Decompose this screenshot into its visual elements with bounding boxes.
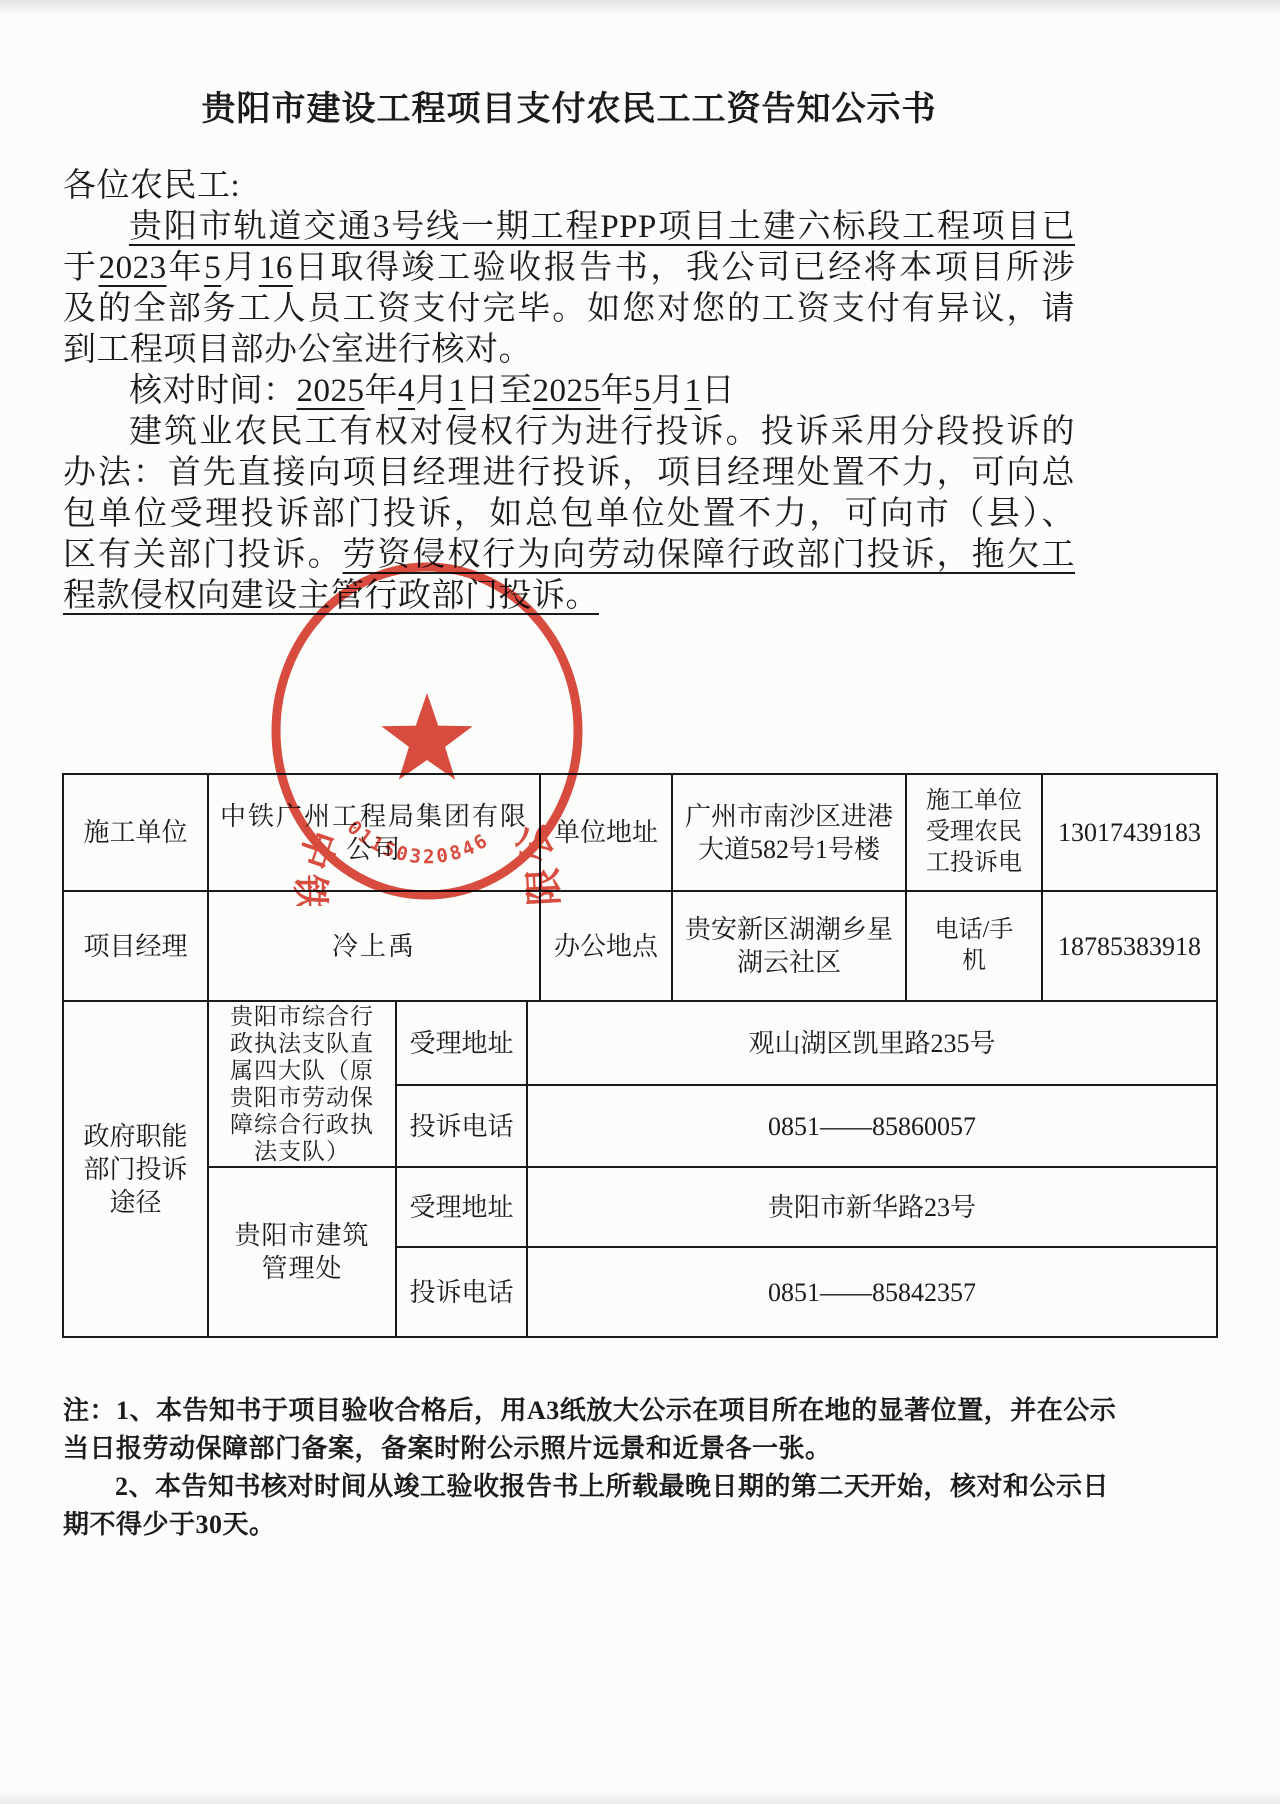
project-manager-value: 冷上禹	[207, 892, 539, 1000]
underlined-text: 5	[634, 373, 651, 409]
body-line: 程款侵权向建设主管行政部门投诉。	[63, 576, 1075, 617]
gov-dept-column: 贵阳市综合行政执法支队直属四大队（原贵阳市劳动保障综合行政执法支队） 贵阳市建筑…	[207, 1002, 395, 1336]
gov-dept-enforcement: 贵阳市综合行政执法支队直属四大队（原贵阳市劳动保障综合行政执法支队）	[209, 1002, 395, 1166]
body-line: 核对时间：2025年4月1日至2025年5月1日	[63, 371, 1075, 412]
underlined-text: 2025	[533, 373, 601, 409]
note-line-3: 2、本告知书核对时间从竣工验收报告书上所载最晚日期的第二天开始，核对和公示日	[63, 1468, 1141, 1506]
note-line-4: 期不得少于30天。	[63, 1506, 1141, 1544]
complaint-hotline-label: 施工单位受理农民工投诉电	[905, 775, 1041, 890]
accept-address-value-1: 观山湖区凯里路235号	[528, 1002, 1216, 1084]
phone-label: 电话/手机	[905, 892, 1041, 1000]
phone-value: 18785383918	[1041, 892, 1216, 1000]
body-line: 区有关部门投诉。劳资侵权行为向劳动保障行政部门投诉，拖欠工	[63, 535, 1075, 576]
complaint-phone-value-2: 0851——85842357	[528, 1246, 1216, 1336]
table-row-project-manager: 项目经理 冷上禹 办公地点 贵安新区湖潮乡星湖云社区 电话/手机 1878538…	[64, 890, 1216, 1000]
underlined-text: 劳资侵权行为向劳动保障行政部门投诉，拖欠工	[343, 537, 1075, 573]
construction-unit-label: 施工单位	[64, 775, 207, 890]
notice-paragraphs: 贵阳市轨道交通3号线一期工程PPP项目土建六标段工程项目已于2023年5月16日…	[63, 207, 1075, 617]
body-line: 及的全部务工人员工资支付完毕。如您对您的工资支付有异议，请	[63, 289, 1075, 330]
notice-body: 各位农民工: 贵阳市轨道交通3号线一期工程PPP项目土建六标段工程项目已于202…	[63, 166, 1075, 617]
underlined-text: 4	[398, 373, 415, 409]
underlined-text: 5	[204, 250, 221, 286]
accept-address-label-1: 受理地址	[397, 1002, 526, 1084]
construction-unit-value: 中铁广州工程局集团有限公司	[207, 775, 539, 890]
complaint-hotline-value: 13017439183	[1041, 775, 1216, 890]
body-line: 于2023年5月16日取得竣工验收报告书，我公司已经将本项目所涉	[63, 248, 1075, 289]
table-row-construction-unit: 施工单位 中铁广州工程局集团有限公司 单位地址 广州市南沙区进港大道582号1号…	[64, 775, 1216, 890]
office-location-value: 贵安新区湖潮乡星湖云社区	[671, 892, 905, 1000]
underlined-text: 2023	[99, 250, 167, 286]
accept-address-value-2: 贵阳市新华路23号	[528, 1166, 1216, 1246]
note-line-2: 当日报劳动保障部门备案，备案时附公示照片远景和近景各一张。	[63, 1430, 1141, 1468]
body-line: 建筑业农民工有权对侵权行为进行投诉。投诉采用分段投诉的	[63, 412, 1075, 453]
body-line: 贵阳市轨道交通3号线一期工程PPP项目土建六标段工程项目已	[63, 207, 1075, 248]
underlined-text: 1	[685, 373, 702, 409]
table-section-government: 政府职能部门投诉途径 贵阳市综合行政执法支队直属四大队（原贵阳市劳动保障综合行政…	[64, 1000, 1216, 1336]
project-manager-label: 项目经理	[64, 892, 207, 1000]
gov-label-column: 受理地址 投诉电话 受理地址 投诉电话	[395, 1002, 526, 1336]
underlined-text: 程款侵权向建设主管行政部门投诉。	[63, 578, 599, 614]
unit-address-label: 单位地址	[539, 775, 671, 890]
complaint-phone-label-1: 投诉电话	[397, 1084, 526, 1166]
body-line: 包单位受理投诉部门投诉，如总包单位处置不力，可向市（县）、	[63, 494, 1075, 535]
body-line: 到工程项目部办公室进行核对。	[63, 330, 1075, 371]
document-title: 贵阳市建设工程项目支付农民工工资告知公示书	[63, 81, 1075, 130]
office-location-label: 办公地点	[539, 892, 671, 1000]
complaint-phone-label-2: 投诉电话	[397, 1246, 526, 1336]
complaint-phone-value-1: 0851——85860057	[528, 1084, 1216, 1166]
underlined-text: 2025	[297, 373, 365, 409]
accept-address-label-2: 受理地址	[397, 1166, 526, 1246]
seal-star-icon	[381, 693, 472, 780]
gov-value-column: 观山湖区凯里路235号 0851——85860057 贵阳市新华路23号 085…	[526, 1002, 1216, 1336]
gov-channels-header: 政府职能部门投诉途径	[64, 1002, 207, 1336]
salutation: 各位农民工:	[63, 166, 1075, 207]
gov-dept-construction-admin: 贵阳市建筑管理处	[209, 1166, 395, 1336]
underlined-text: 16	[259, 250, 293, 286]
unit-address-value: 广州市南沙区进港大道582号1号楼	[671, 775, 905, 890]
document-page: 贵阳市建设工程项目支付农民工工资告知公示书 各位农民工: 贵阳市轨道交通3号线一…	[0, 0, 1280, 1804]
underlined-text: 1	[449, 373, 466, 409]
body-line: 办法：首先直接向项目经理进行投诉，项目经理处置不力，可向总	[63, 453, 1075, 494]
note-line-1: 注：1、本告知书于项目验收合格后，用A3纸放大公示在项目所在地的显著位置，并在公…	[63, 1392, 1141, 1430]
footnotes: 注：1、本告知书于项目验收合格后，用A3纸放大公示在项目所在地的显著位置，并在公…	[63, 1392, 1141, 1544]
underlined-text: 贵阳市轨道交通3号线一期工程PPP项目土建六标段工程项目已	[129, 209, 1075, 245]
contact-info-table: 施工单位 中铁广州工程局集团有限公司 单位地址 广州市南沙区进港大道582号1号…	[62, 773, 1218, 1338]
